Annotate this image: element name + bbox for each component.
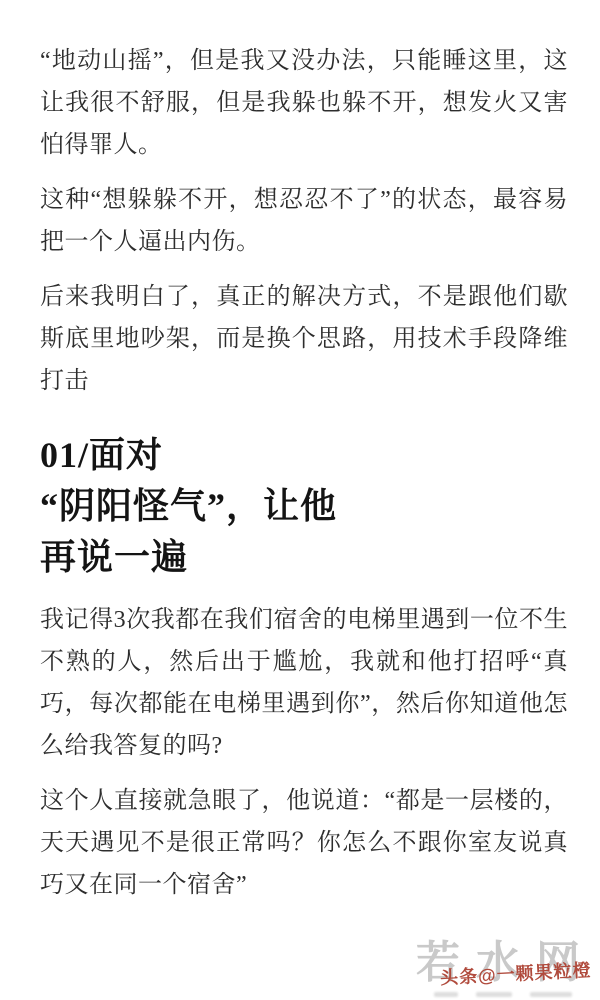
article-body: “地动山摇”，但是我又没办法，只能睡这里，这让我很不舒服，但是我躲也躲不开，想发… <box>40 40 568 919</box>
paragraph: 这种“想躲躲不开，想忍忍不了”的状态，最容易把一个人逼出内伤。 <box>40 179 568 263</box>
paragraph: “地动山摇”，但是我又没办法，只能睡这里，这让我很不舒服，但是我躲也躲不开，想发… <box>40 40 568 166</box>
paragraph: 我记得3次我都在我们宿舍的电梯里遇到一位不生不熟的人，然后出于尴尬，我就和他打招… <box>40 599 568 767</box>
section-heading-line: “阴阳怪气”，让他 <box>40 481 568 532</box>
article-page: “地动山摇”，但是我又没办法，只能睡这里，这让我很不舒服，但是我躲也躲不开，想发… <box>0 0 600 1000</box>
section-heading: 01/面对 “阴阳怪气”，让他 再说一遍 <box>40 430 568 583</box>
watermark-smudge <box>434 992 572 997</box>
paragraph: 后来我明白了，真正的解决方式，不是跟他们歇斯底里地吵架，而是换个思路，用技术手段… <box>40 276 568 402</box>
section-heading-line: 01/面对 <box>40 430 568 481</box>
paragraph: 这个人直接就急眼了，他说道：“都是一层楼的，天天遇见不是很正常吗？你怎么不跟你室… <box>40 780 568 906</box>
section-heading-line: 再说一遍 <box>40 532 568 583</box>
